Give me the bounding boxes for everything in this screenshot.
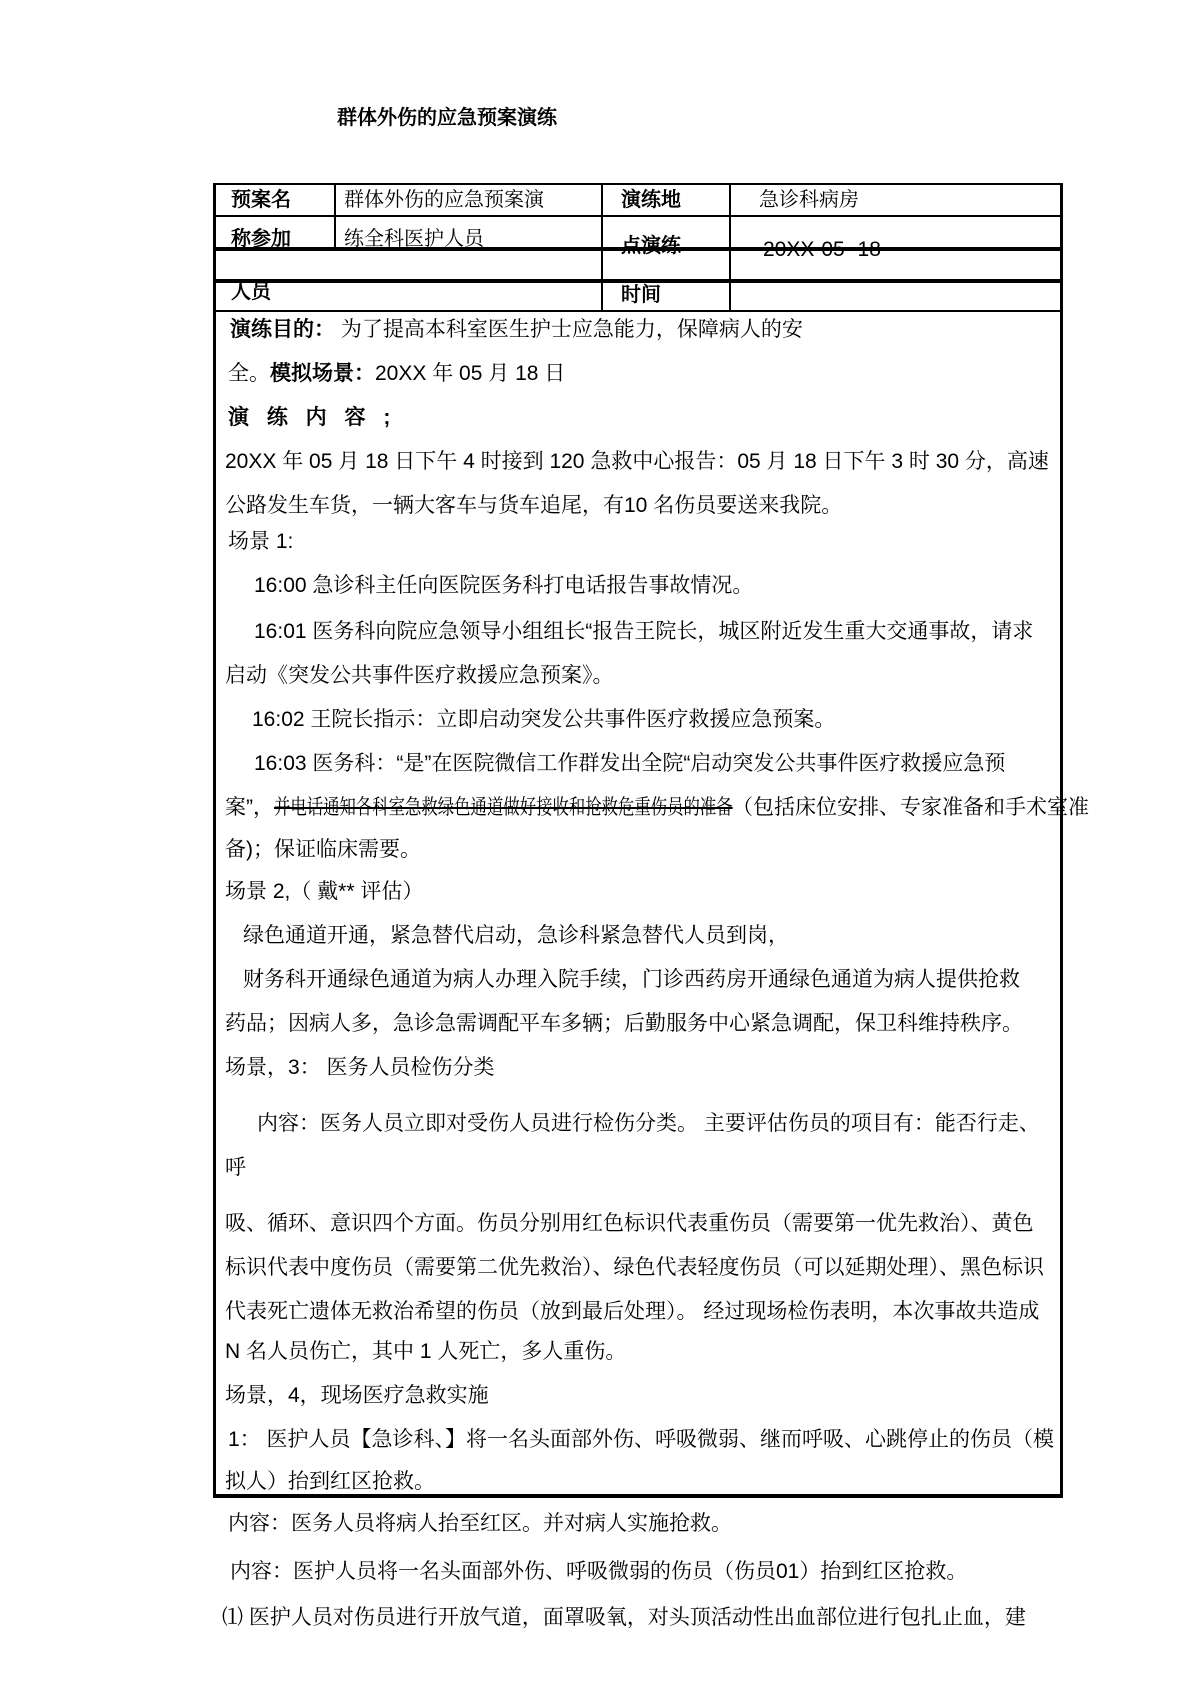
line12-strikethrough-text: 并电话通知各科室急救绿色通道做好接收和抢救危重伤员的准备	[274, 796, 733, 819]
body-line: 药品；因病人多，急诊急需调配平车多辆；后勤服务中心紧急调配，保卫科维持秩序。	[225, 1012, 1023, 1035]
header-cell-plan-name-2: 称参加	[231, 228, 291, 250]
body-line: N 名人员伤亡，其中 1 人死亡，多人重伤。	[225, 1340, 626, 1363]
header-cell-place-value: 急诊科病房	[759, 189, 859, 211]
scene-3-heading: 场景，3： 医务人员检伤分类	[225, 1056, 495, 1079]
body-line: 16:01 医务科向院应急领导小组组长“报告王院长，城区附近发生重大交通事故，请…	[254, 620, 1033, 643]
header-cell-place-label-2: 点演练	[621, 235, 681, 257]
header-cell-time-label: 时间	[621, 284, 661, 306]
scene-1-heading: 场景 1:	[228, 530, 293, 553]
body-line: 拟人）抬到红区抢救。	[225, 1470, 435, 1493]
body-line: 吸、循环、意识四个方面。伤员分别用红色标识代表重伤员（需要第一优先救治）、黄色	[225, 1212, 1034, 1235]
body-line: 绿色通道开通，紧急替代启动，急诊科紧急替代人员到岗，	[243, 924, 789, 947]
line12-suffix: （包括床位安排、专家准备和手术室准	[732, 796, 1089, 819]
body-line: 案”，并电话通知各科室急救绿色通道做好接收和抢救危重伤员的准备（包括床位安排、专…	[225, 796, 1089, 819]
body-line: 备)；保证临床需要。	[225, 838, 421, 861]
header-cell-plan-value-1: 群体外伤的应急预案演	[344, 189, 544, 211]
line12-prefix: 案”，	[225, 796, 274, 819]
body-line: 标识代表中度伤员（需要第二优先救治）、绿色代表轻度伤员（可以延期处理）、黑色标识	[225, 1256, 1044, 1279]
table-heavy-line-2	[216, 279, 1060, 283]
body-line: 启动《突发公共事件医疗救援应急预案》。	[225, 664, 614, 687]
body-line: 16:03 医务科：“是”在医院微信工作群发出全院“启动突发公共事件医疗救援应急…	[254, 752, 1005, 775]
header-cell-date-value: 20XX-05- 18	[763, 239, 881, 261]
scene-4-heading: 场景，4，现场医疗急救实施	[225, 1384, 489, 1407]
header-cell-plan-name-3: 人员	[231, 281, 271, 303]
table-col-divider-3	[729, 185, 731, 310]
header-cell-place-label-1: 演练地	[621, 189, 681, 211]
scene-2-heading: 场景 2,（ 戴** 评估）	[225, 880, 423, 903]
line2-prefix: 全。	[228, 362, 270, 385]
table-col-divider-2	[601, 185, 603, 310]
table-row-divider	[216, 215, 1060, 217]
body-line: 内容：医务人员立即对受伤人员进行检伤分类。 主要评估伤员的项目有：能否行走、	[257, 1112, 1040, 1135]
scene-simulation-label: 模拟场景：	[270, 362, 375, 385]
below-table-line: ⑴ 医护人员对伤员进行开放气道，面罩吸氧，对头顶活动性出血部位进行包扎止血，建	[222, 1606, 1026, 1629]
body-line: 呼	[225, 1156, 246, 1179]
below-table-line: 内容：医护人员将一名头面部外伤、呼吸微弱的伤员（伤员01）抬到红区抢救。	[230, 1560, 967, 1583]
drill-content-heading: 演 练 内 容 ;	[228, 406, 396, 429]
body-line: 16:00 急诊科主任向医院医务科打电话报告事故情况。	[254, 574, 753, 597]
below-table-line: 内容：医务人员将病人抬至红区。并对病人实施抢救。	[228, 1512, 732, 1535]
drill-purpose-label: 演练目的：	[230, 318, 335, 341]
document-page: 群体外伤的应急预案演练 预案名 群体外伤的应急预案演 演练地 急诊科病房 称参加…	[0, 0, 1190, 1684]
body-line: 20XX 年 05 月 18 日下午 4 时接到 120 急救中心报告：05 月…	[225, 450, 1049, 473]
body-line: 全。模拟场景：20XX 年 05 月 18 日	[228, 362, 565, 385]
body-line: 代表死亡遗体无救治希望的伤员（放到最后处理）。 经过现场检伤表明，本次事故共造成	[225, 1300, 1039, 1323]
header-cell-plan-name-1: 预案名	[231, 189, 291, 211]
body-line: 16:02 王院长指示：立即启动突发公共事件医疗救援应急预案。	[252, 708, 835, 731]
table-col-divider-1	[334, 185, 336, 247]
body-line: 财务科开通绿色通道为病人办理入院手续，门诊西药房开通绿色通道为病人提供抢救	[243, 968, 1020, 991]
body-line: 演练目的： 为了提高本科室医生护士应急能力，保障病人的安	[230, 318, 803, 341]
drill-purpose-text: 为了提高本科室医生护士应急能力，保障病人的安	[335, 318, 803, 341]
scene-simulation-text: 20XX 年 05 月 18 日	[375, 362, 565, 385]
body-line: 1： 医护人员【急诊科、】将一名头面部外伤、呼吸微弱、继而呼吸、心跳停止的伤员（…	[228, 1428, 1054, 1451]
document-title: 群体外伤的应急预案演练	[337, 101, 557, 130]
table-header-bottom-divider	[216, 310, 1060, 312]
header-cell-plan-value-2: 练全科医护人员	[344, 228, 484, 250]
body-line: 公路发生车货，一辆大客车与货车追尾，有10 名伤员要送来我院。	[225, 494, 842, 517]
